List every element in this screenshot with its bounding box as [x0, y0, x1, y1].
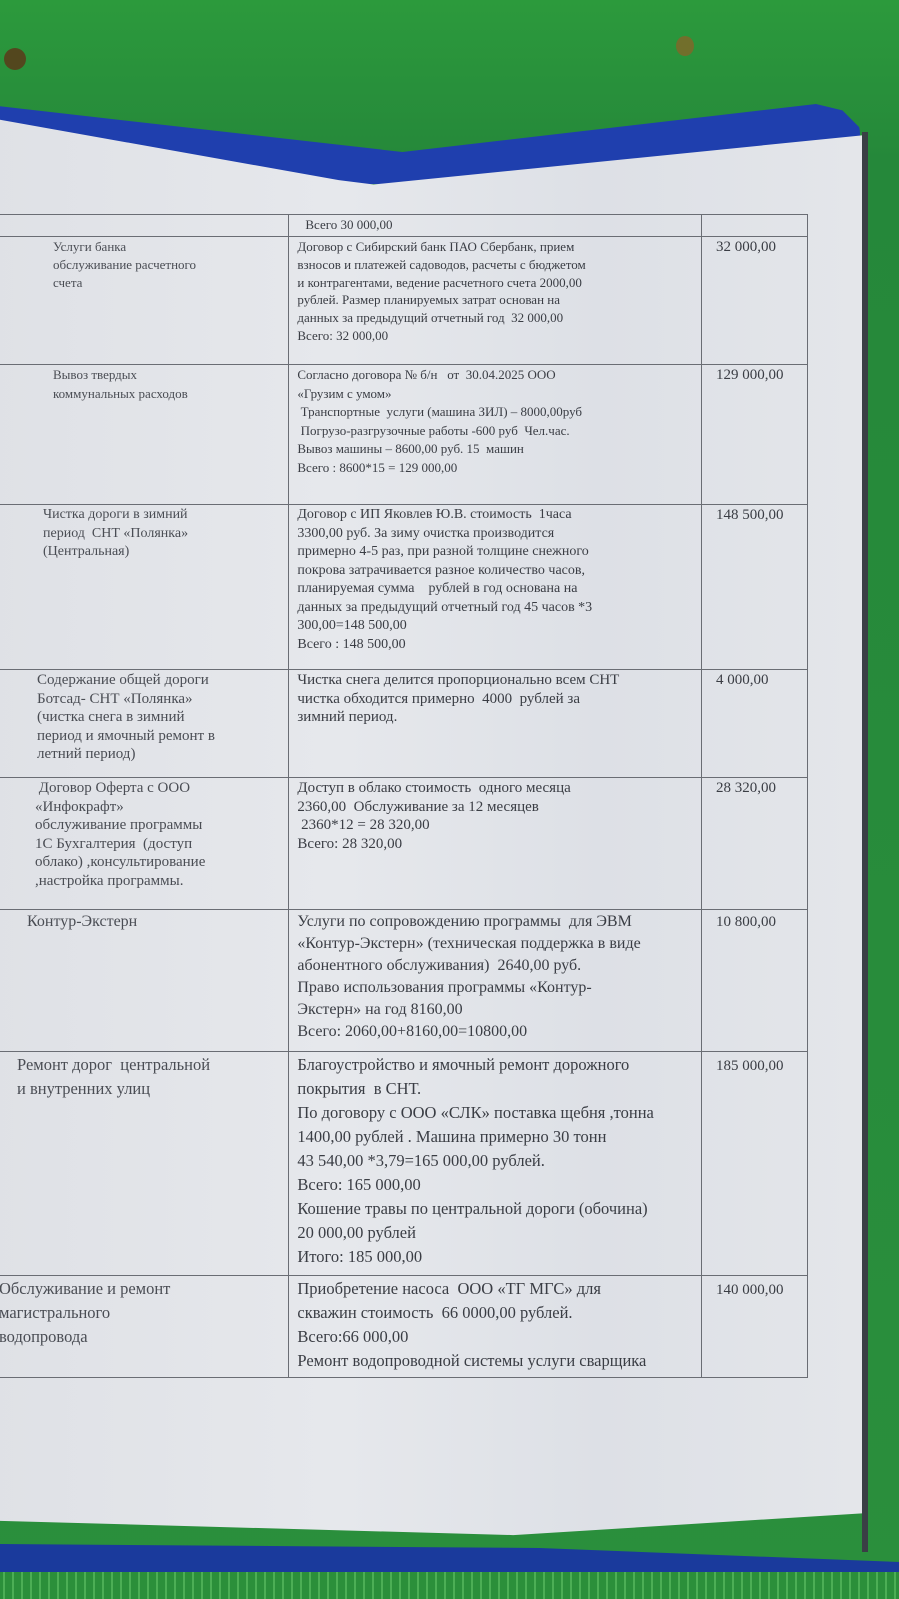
- description-cell: Приобретение насоса ООО «ТГ МГС» длясква…: [289, 1276, 702, 1378]
- header-total-text: Всего 30 000,00: [297, 217, 392, 232]
- description-line: Право использования программы «Контур-: [297, 977, 693, 999]
- table-row: Контур-ЭкстернУслуги по сопровождению пр…: [0, 910, 808, 1052]
- description-line: Кошение травы по центральной дороги (обо…: [297, 1197, 693, 1221]
- expense-name-line: Содержание общей дороги: [7, 671, 280, 690]
- description-cell: Договор с Сибирский банк ПАО Сбербанк, п…: [289, 237, 702, 365]
- description-line: Всего:66 000,00: [297, 1325, 693, 1349]
- expense-name-cell: Ремонт дорог центральнойи внутренних ули…: [0, 1052, 289, 1276]
- green-surface-edge: [0, 1572, 899, 1599]
- table-row: Содержание общей дорогиБотсад- СНТ «Поля…: [0, 670, 808, 778]
- description-line: Услуги по сопровождению программы для ЭВ…: [297, 911, 693, 933]
- description-line: Договор с Сибирский банк ПАО Сбербанк, п…: [297, 238, 693, 256]
- description-cell: Чистка снега делится пропорционально все…: [289, 670, 702, 778]
- amount-cell: 129 000,00: [701, 365, 807, 505]
- description-line: Экстерн» на год 8160,00: [297, 999, 693, 1021]
- amount-cell: 140 000,00: [701, 1276, 807, 1378]
- description-line: данных за предыдущий отчетный год 45 час…: [297, 599, 693, 618]
- description-line: абонентного обслуживания) 2640,00 руб.: [297, 955, 693, 977]
- description-line: Приобретение насоса ООО «ТГ МГС» для: [297, 1277, 693, 1301]
- description-cell: Согласно договора № б/н от 30.04.2025 ОО…: [289, 365, 702, 505]
- description-line: и контрагентами, ведение расчетного счет…: [297, 274, 693, 292]
- table-row: Договор Оферта с ООО«Инфокрафт»обслужива…: [0, 778, 808, 910]
- description-line: Всего: 165 000,00: [297, 1173, 693, 1197]
- expense-name-line: период и ямочный ремонт в: [7, 727, 280, 746]
- description-line: 2360*12 = 28 320,00: [297, 816, 693, 835]
- amount-cell: 185 000,00: [701, 1052, 807, 1276]
- surface-stain: [676, 36, 694, 56]
- table-row: Вывоз твердыхкоммунальных расходовСоглас…: [0, 365, 808, 505]
- expense-name-line: Договор Оферта с ООО: [7, 779, 280, 798]
- amount-cell: 10 800,00: [701, 910, 807, 1052]
- expense-name-line: Контур-Экстерн: [7, 911, 280, 933]
- description-line: Благоустройство и ямочный ремонт дорожно…: [297, 1053, 693, 1077]
- expense-name-line: Ремонт дорог центральной: [7, 1053, 280, 1077]
- amount-value: 148 500,00: [710, 507, 784, 523]
- amount-value: 4 000,00: [710, 672, 769, 688]
- description-line: 43 540,00 *3,79=165 000,00 рублей.: [297, 1149, 693, 1173]
- description-line: 3300,00 руб. За зиму очистка производитс…: [297, 525, 693, 544]
- expense-name-line: облако) ,консультирование: [7, 853, 280, 872]
- description-line: Погрузо-разгрузочные работы -600 руб Чел…: [297, 422, 693, 441]
- description-line: «Контур-Экстерн» (техническая поддержка …: [297, 933, 693, 955]
- description-line: примерно 4-5 раз, при разной толщине сне…: [297, 543, 693, 562]
- expense-name-line: Вывоз твердых: [7, 366, 280, 385]
- description-line: Ремонт водопроводной системы услуги свар…: [297, 1349, 693, 1373]
- description-line: зимний период.: [297, 708, 693, 727]
- expense-name-line: магистрального: [7, 1301, 280, 1325]
- table-row: Ремонт дорог центральнойи внутренних ули…: [0, 1052, 808, 1276]
- description-line: планируемая сумма рублей в год основана …: [297, 580, 693, 599]
- expense-name-cell: Содержание общей дорогиБотсад- СНТ «Поля…: [0, 670, 289, 778]
- description-cell: Услуги по сопровождению программы для ЭВ…: [289, 910, 702, 1052]
- amount-value: 28 320,00: [710, 780, 776, 796]
- amount-cell: 28 320,00: [701, 778, 807, 910]
- expense-name-line: летний период): [7, 745, 280, 764]
- expense-name-line: счета: [7, 274, 280, 292]
- amount-value: 140 000,00: [710, 1282, 784, 1298]
- expense-name-line: (Центральная): [7, 543, 280, 562]
- description-line: Транспортные услуги (машина ЗИЛ) – 8000,…: [297, 403, 693, 422]
- description-line: Всего : 148 500,00: [297, 636, 693, 655]
- expense-name-line: обслуживание расчетного: [7, 256, 280, 274]
- description-line: взносов и платежей садоводов, расчеты с …: [297, 256, 693, 274]
- expense-name-cell: Вывоз твердыхкоммунальных расходов: [0, 365, 289, 505]
- description-line: Всего: 2060,00+8160,00=10800,00: [297, 1021, 693, 1043]
- description-line: Всего: 32 000,00: [297, 327, 693, 345]
- description-line: скважин стоимость 66 0000,00 рублей.: [297, 1301, 693, 1325]
- amount-value: 10 800,00: [710, 914, 776, 930]
- expense-name-line: коммунальных расходов: [7, 385, 280, 404]
- expense-name-line: водопровода: [7, 1325, 280, 1349]
- description-cell: Доступ в облако стоимость одного месяца2…: [289, 778, 702, 910]
- expense-name-cell: Чистка дороги в зимнийпериод СНТ «Полянк…: [0, 505, 289, 670]
- budget-table: Всего 30 000,00 Услуги банкаобслуживание…: [0, 214, 808, 1378]
- table-row: Услуги банкаобслуживание расчетногосчета…: [0, 237, 808, 365]
- amount-cell: 4 000,00: [701, 670, 807, 778]
- amount-cell: [701, 215, 807, 237]
- expense-name-cell: Контур-Экстерн: [0, 910, 289, 1052]
- description-line: Согласно договора № б/н от 30.04.2025 ОО…: [297, 366, 693, 385]
- expense-name-cell: Обслуживание и ремонтмагистральноговодоп…: [0, 1276, 289, 1378]
- description-line: «Грузим с умом»: [297, 385, 693, 404]
- expense-name-line: и внутренних улиц: [7, 1077, 280, 1101]
- table-row-header: Всего 30 000,00: [0, 215, 808, 237]
- expense-name-line: ,настройка программы.: [7, 872, 280, 891]
- description-line: Чистка снега делится пропорционально все…: [297, 671, 693, 690]
- amount-value: 185 000,00: [710, 1058, 784, 1074]
- paper-stack-edge: [862, 132, 868, 1552]
- description-line: покрытия в СНТ.: [297, 1077, 693, 1101]
- description-line: 20 000,00 рублей: [297, 1221, 693, 1245]
- description-cell: Всего 30 000,00: [289, 215, 702, 237]
- description-line: покрова затрачивается разное количество …: [297, 562, 693, 581]
- description-line: Всего : 8600*15 = 129 000,00: [297, 459, 693, 478]
- table-row: Чистка дороги в зимнийпериод СНТ «Полянк…: [0, 505, 808, 670]
- expense-name-line: «Инфокрафт»: [7, 798, 280, 817]
- table-row: Обслуживание и ремонтмагистральноговодоп…: [0, 1276, 808, 1378]
- description-line: Вывоз машины – 8600,00 руб. 15 машин: [297, 440, 693, 459]
- expense-name-line: (чистка снега в зимний: [7, 708, 280, 727]
- description-line: По договору с ООО «СЛК» поставка щебня ,…: [297, 1101, 693, 1125]
- description-line: Договор с ИП Яковлев Ю.В. стоимость 1час…: [297, 506, 693, 525]
- expense-name-cell: Договор Оферта с ООО«Инфокрафт»обслужива…: [0, 778, 289, 910]
- expense-name-line: Чистка дороги в зимний: [7, 506, 280, 525]
- surface-stain: [4, 48, 26, 70]
- expense-name-line: Ботсад- СНТ «Полянка»: [7, 690, 280, 709]
- name-cell: [0, 215, 289, 237]
- description-line: Итого: 185 000,00: [297, 1245, 693, 1269]
- description-line: 1400,00 рублей . Машина примерно 30 тонн: [297, 1125, 693, 1149]
- expense-name-line: Услуги банка: [7, 238, 280, 256]
- description-line: Доступ в облако стоимость одного месяца: [297, 779, 693, 798]
- expense-name-line: обслуживание программы: [7, 816, 280, 835]
- amount-value: 32 000,00: [710, 239, 776, 255]
- expense-name-line: 1С Бухгалтерия (доступ: [7, 835, 280, 854]
- amount-value: 129 000,00: [710, 367, 784, 383]
- expense-name-cell: Услуги банкаобслуживание расчетногосчета: [0, 237, 289, 365]
- description-line: Всего: 28 320,00: [297, 835, 693, 854]
- expense-name-line: Обслуживание и ремонт: [7, 1277, 280, 1301]
- description-line: рублей. Размер планируемых затрат основа…: [297, 291, 693, 309]
- description-line: 300,00=148 500,00: [297, 617, 693, 636]
- description-cell: Договор с ИП Яковлев Ю.В. стоимость 1час…: [289, 505, 702, 670]
- amount-cell: 32 000,00: [701, 237, 807, 365]
- description-cell: Благоустройство и ямочный ремонт дорожно…: [289, 1052, 702, 1276]
- description-line: 2360,00 Обслуживание за 12 месяцев: [297, 798, 693, 817]
- description-line: данных за предыдущий отчетный год 32 000…: [297, 309, 693, 327]
- description-line: чистка обходится примерно 4000 рублей за: [297, 690, 693, 709]
- amount-cell: 148 500,00: [701, 505, 807, 670]
- expense-name-line: период СНТ «Полянка»: [7, 525, 280, 544]
